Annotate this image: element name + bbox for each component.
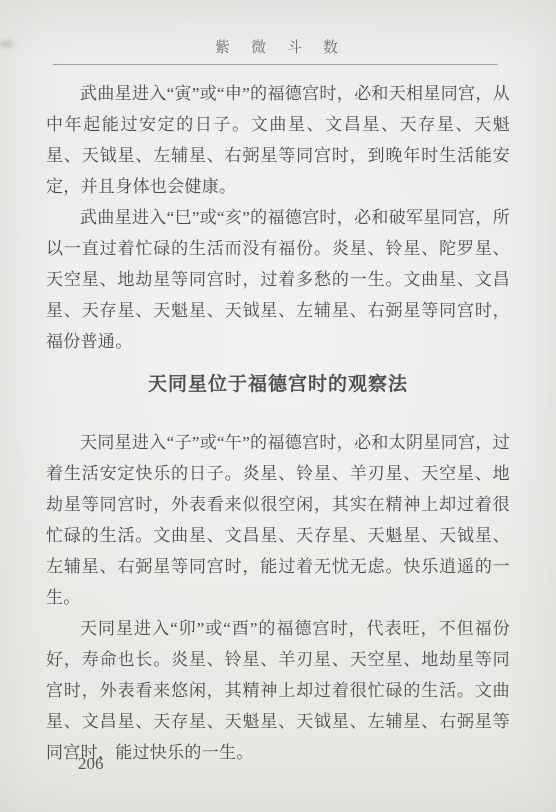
running-head-title: 紫 微 斗 数 [0,36,556,57]
header-divider [53,64,498,65]
section-heading: 天同星位于福德宫时的观察法 [46,371,510,399]
page-number: 206 [78,754,104,774]
paragraph-tiantong-mao-you: 天同星进入“卯”或“酉”的福德宫时，代表旺，不但福份好，寿命也长。炎星、铃星、羊… [46,613,510,768]
paragraph-wuqu-yin-shen: 武曲星进入“寅”或“申”的福德宫时，必和天相星同宫，从中年起能过安定的日子。文曲… [46,78,510,202]
paragraph-tiantong-zi-wu: 天同星进入“子”或“午”的福德宫时，必和太阴星同宫，过着生活安定快乐的日子。炎星… [46,427,510,613]
book-page: 紫 微 斗 数 武曲星进入“寅”或“申”的福德宫时，必和天相星同宫，从中年起能过… [0,0,556,812]
paragraph-wuqu-si-hai: 武曲星进入“巳”或“亥”的福德宫时，必和破军星同宫，所以一直过着忙碌的生活而没有… [46,202,510,357]
page-body: 武曲星进入“寅”或“申”的福德宫时，必和天相星同宫，从中年起能过安定的日子。文曲… [46,78,510,768]
